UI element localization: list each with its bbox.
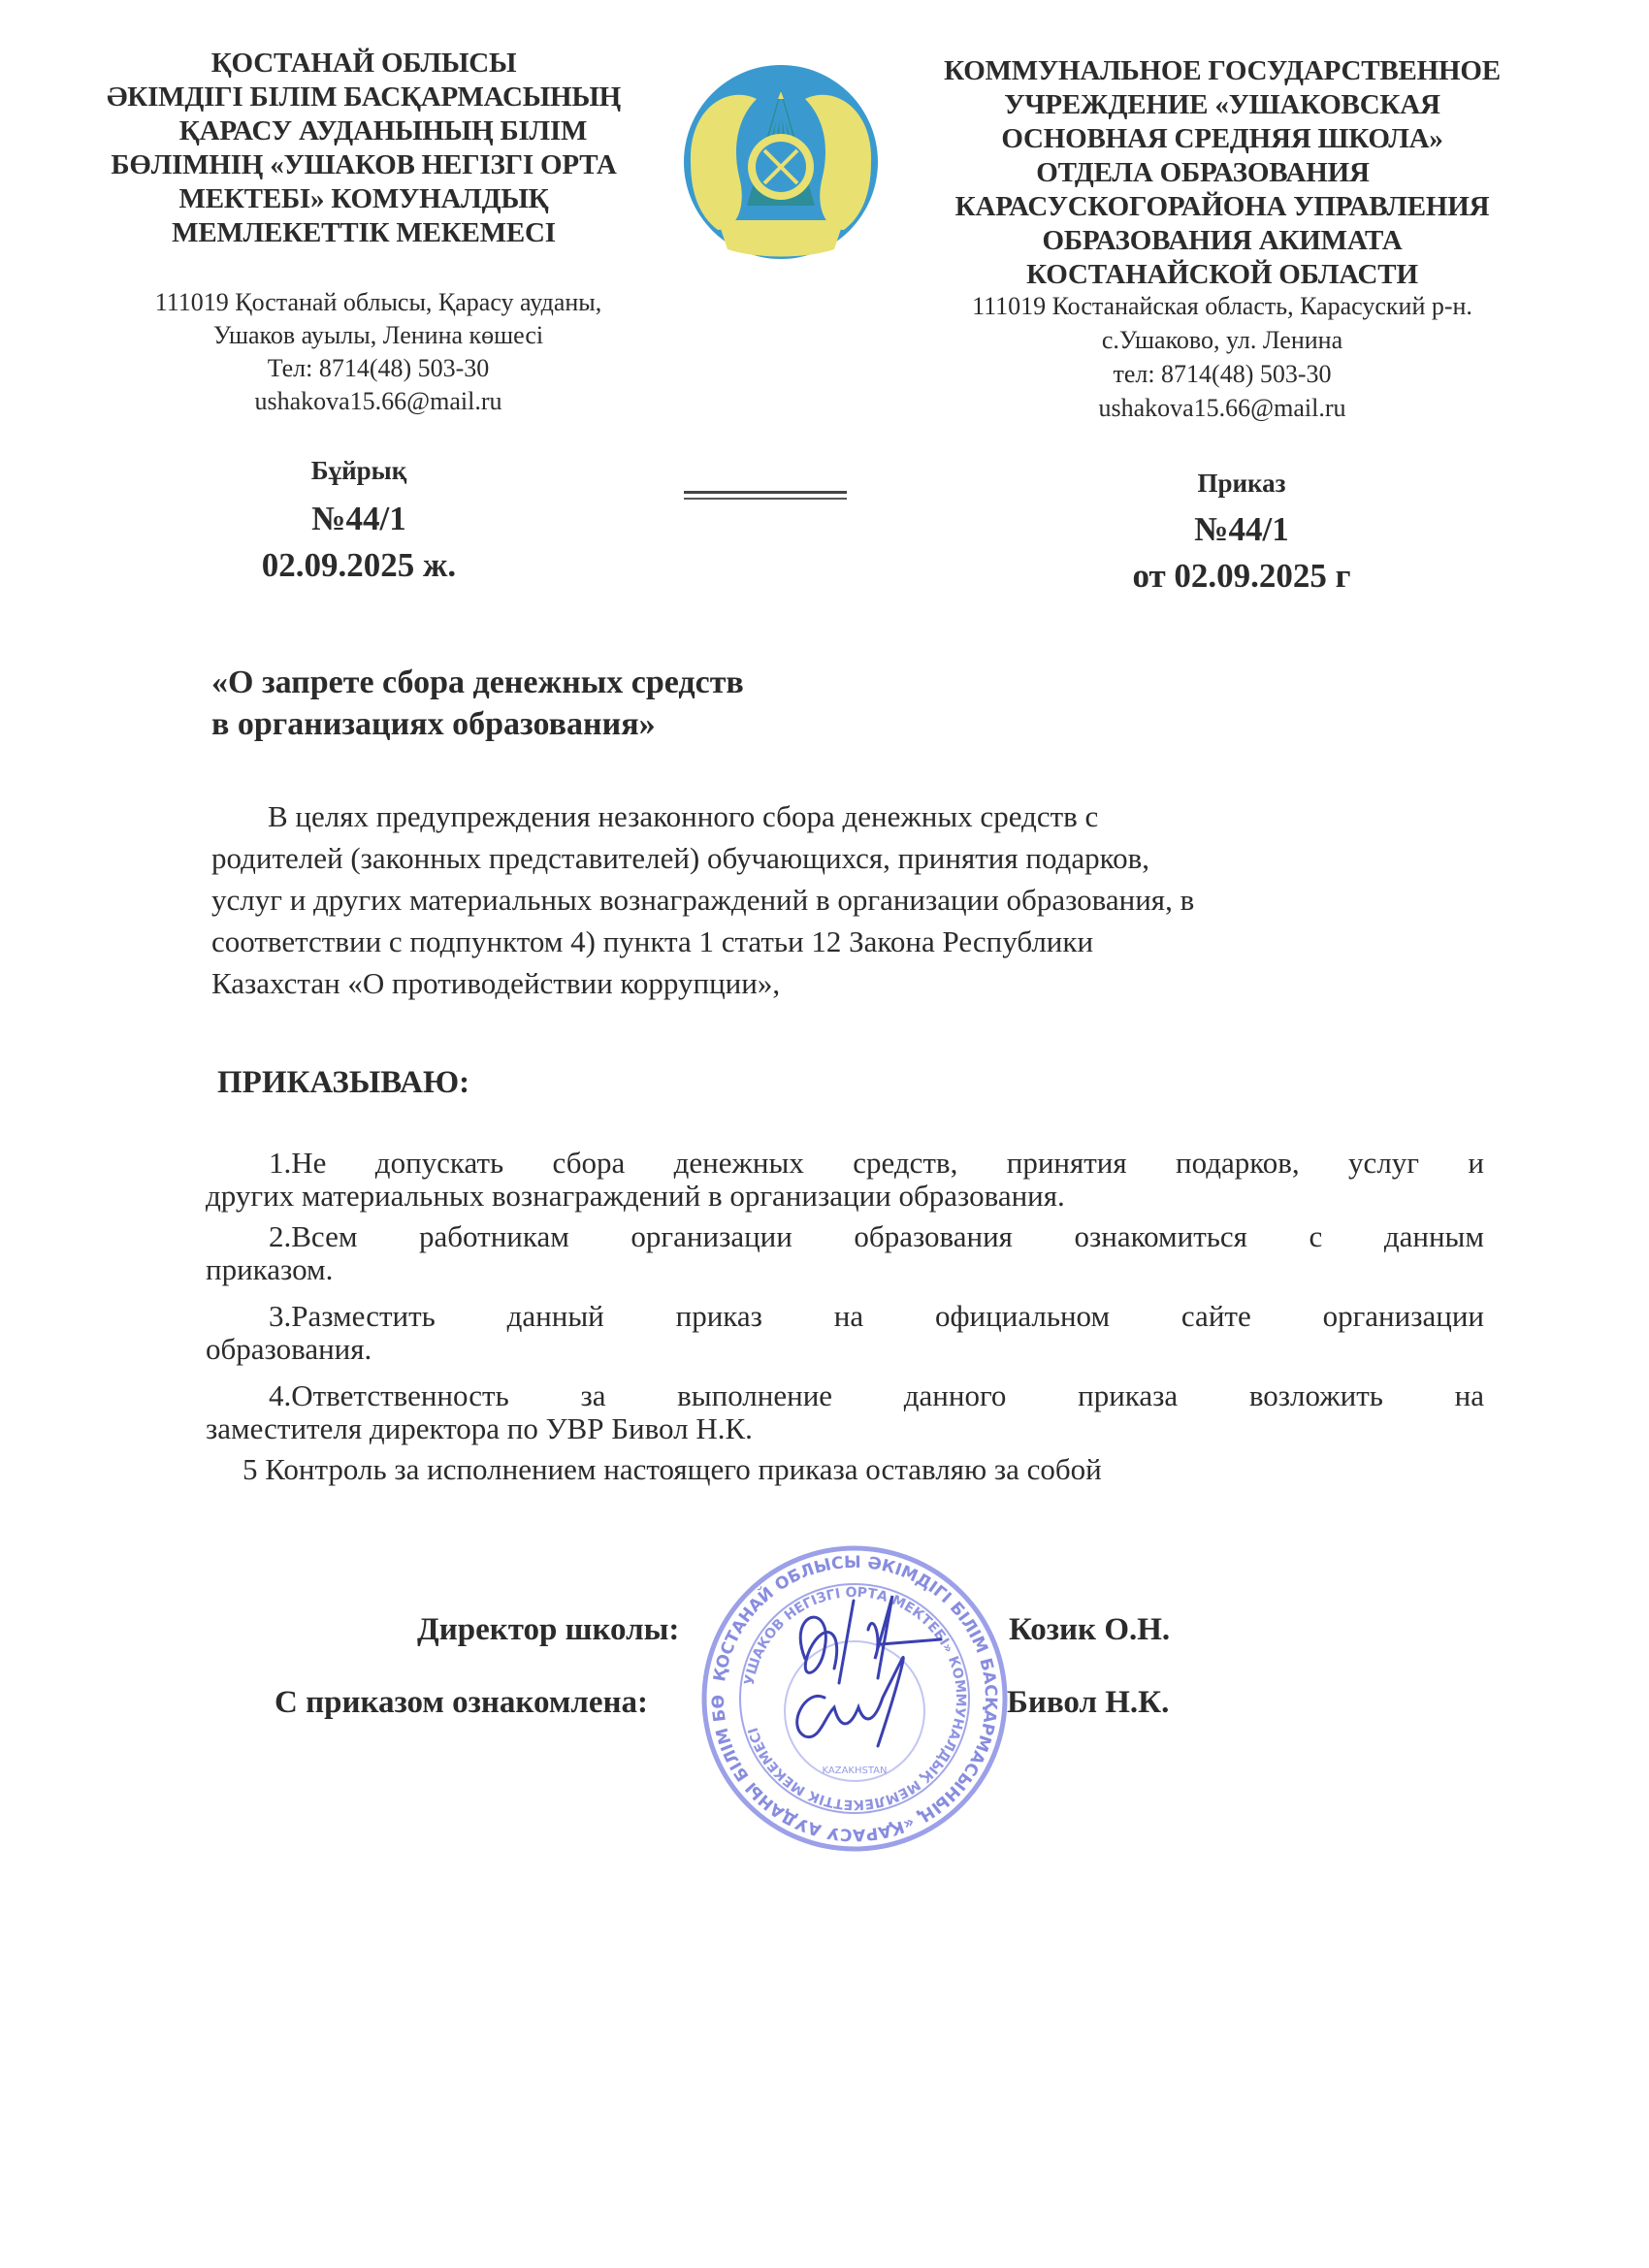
order-number: №44/1 xyxy=(1096,506,1387,553)
org-line: УЧРЕЖДЕНИЕ «УШАКОВСКАЯ xyxy=(892,88,1552,122)
address-line: 111019 Қостанай облысы, Қарасу ауданы, xyxy=(68,286,689,319)
address-line: 111019 Костанайская область, Карасуский … xyxy=(873,289,1571,323)
address-line: Ушаков ауылы, Ленина көшесі xyxy=(68,319,689,352)
handwritten-signature-icon xyxy=(766,1591,960,1766)
order-item-4: 4.Ответственность за выполнение данного … xyxy=(206,1379,1484,1445)
org-line: КОММУНАЛЬНОЕ ГОСУДАРСТВЕННОЕ xyxy=(892,54,1552,88)
item-first-line: 2.Всем работникам организации образовани… xyxy=(206,1220,1484,1253)
email-line: ushakova15.66@mail.ru xyxy=(68,385,689,418)
preamble-line: услуг и других материальных вознагражден… xyxy=(211,879,1492,921)
header-divider xyxy=(684,491,847,500)
order-item-5: 5 Контроль за исполнением настоящего при… xyxy=(206,1453,1484,1486)
org-line: МЕКТЕБІ» КОМУНАЛДЫҚ xyxy=(68,182,660,216)
org-line: ОТДЕЛА ОБРАЗОВАНИЯ xyxy=(892,156,1552,190)
preamble-line: В целях предупреждения незаконного сбора… xyxy=(211,795,1492,837)
order-item-3: 3.Разместить данный приказ на официально… xyxy=(206,1300,1484,1366)
org-line: КАРАСУСКОГОРАЙОНА УПРАВЛЕНИЯ xyxy=(892,190,1552,224)
order-block-kazakh: Бұйрық №44/1 02.09.2025 ж. xyxy=(194,451,524,589)
order-items-list: 1.Не допускать сбора денежных средств, п… xyxy=(206,1147,1484,1486)
document-title: «О запрете сбора денежных средств в орга… xyxy=(211,662,744,745)
order-type: Приказ xyxy=(1096,464,1387,502)
preamble-paragraph: В целях предупреждения незаконного сбора… xyxy=(211,795,1492,1004)
order-date: 02.09.2025 ж. xyxy=(194,542,524,589)
title-line: «О запрете сбора денежных средств xyxy=(211,662,744,703)
header-right-org: КОММУНАЛЬНОЕ ГОСУДАРСТВЕННОЕ УЧРЕЖДЕНИЕ … xyxy=(892,54,1552,292)
org-line: ҚОСТАНАЙ ОБЛЫСЫ xyxy=(68,47,660,81)
header-left-address: 111019 Қостанай облысы, Қарасу ауданы, У… xyxy=(68,286,689,418)
address-line: с.Ушаково, ул. Ленина xyxy=(873,323,1571,357)
org-line: КОСТАНАЙСКОЙ ОБЛАСТИ xyxy=(892,258,1552,292)
org-line: МЕМЛЕКЕТТІК МЕКЕМЕСІ xyxy=(68,216,660,250)
svg-text:KAZAKHSTAN: KAZAKHSTAN xyxy=(823,1766,888,1776)
org-line: ӘКІМДІГІ БІЛІМ БАСҚАРМАСЫНЫҢ xyxy=(68,81,660,114)
order-item-1: 1.Не допускать сбора денежных средств, п… xyxy=(206,1147,1484,1213)
org-line: БӨЛІМНІҢ «УШАКОВ НЕГІЗГІ ОРТА xyxy=(68,148,660,182)
org-line: ҚАРАСУ АУДАНЫНЫҢ БІЛІМ xyxy=(68,114,660,148)
order-block-russian: Приказ №44/1 от 02.09.2025 г xyxy=(1096,464,1387,599)
item-first-line: 3.Разместить данный приказ на официально… xyxy=(206,1300,1484,1333)
order-date: от 02.09.2025 г xyxy=(1096,553,1387,599)
signature-label-acknowledged: С приказом ознакомлена: xyxy=(275,1685,648,1721)
item-first-line: 4.Ответственность за выполнение данного … xyxy=(206,1379,1484,1412)
item-continuation: образования. xyxy=(206,1333,1484,1366)
signature-name-director: Козик О.Н. xyxy=(1009,1612,1170,1648)
item-continuation: приказом. xyxy=(206,1253,1484,1286)
order-type: Бұйрық xyxy=(194,451,524,490)
preamble-line: соответствии с подпунктом 4) пункта 1 ст… xyxy=(211,921,1492,962)
preamble-line: Казахстан «О противодействии коррупции», xyxy=(211,962,1492,1004)
title-line: в организациях образования» xyxy=(211,703,744,745)
org-line: ОБРАЗОВАНИЯ АКИМАТА xyxy=(892,224,1552,258)
header-right-address: 111019 Костанайская область, Карасуский … xyxy=(873,289,1571,425)
item-continuation: других материальных вознаграждений в орг… xyxy=(206,1180,1484,1213)
signature-name-acknowledged: Бивол Н.К. xyxy=(1007,1685,1169,1721)
preamble-line: родителей (законных представителей) обуч… xyxy=(211,837,1492,879)
email-line: ushakova15.66@mail.ru xyxy=(873,391,1571,425)
header-left-org: ҚОСТАНАЙ ОБЛЫСЫ ӘКІМДІГІ БІЛІМ БАСҚАРМАС… xyxy=(68,47,660,250)
order-number: №44/1 xyxy=(194,496,524,542)
order-directive-heading: ПРИКАЗЫВАЮ: xyxy=(217,1065,469,1101)
signature-label-director: Директор школы: xyxy=(417,1612,679,1648)
kazakhstan-emblem-icon xyxy=(679,60,883,264)
item-first-line: 1.Не допускать сбора денежных средств, п… xyxy=(206,1147,1484,1180)
phone-line: тел: 8714(48) 503-30 xyxy=(873,357,1571,391)
item-continuation: заместителя директора по УВР Бивол Н.К. xyxy=(206,1412,1484,1445)
order-item-2: 2.Всем работникам организации образовани… xyxy=(206,1220,1484,1286)
phone-line: Тел: 8714(48) 503-30 xyxy=(68,352,689,385)
org-line: ОСНОВНАЯ СРЕДНЯЯ ШКОЛА» xyxy=(892,122,1552,156)
